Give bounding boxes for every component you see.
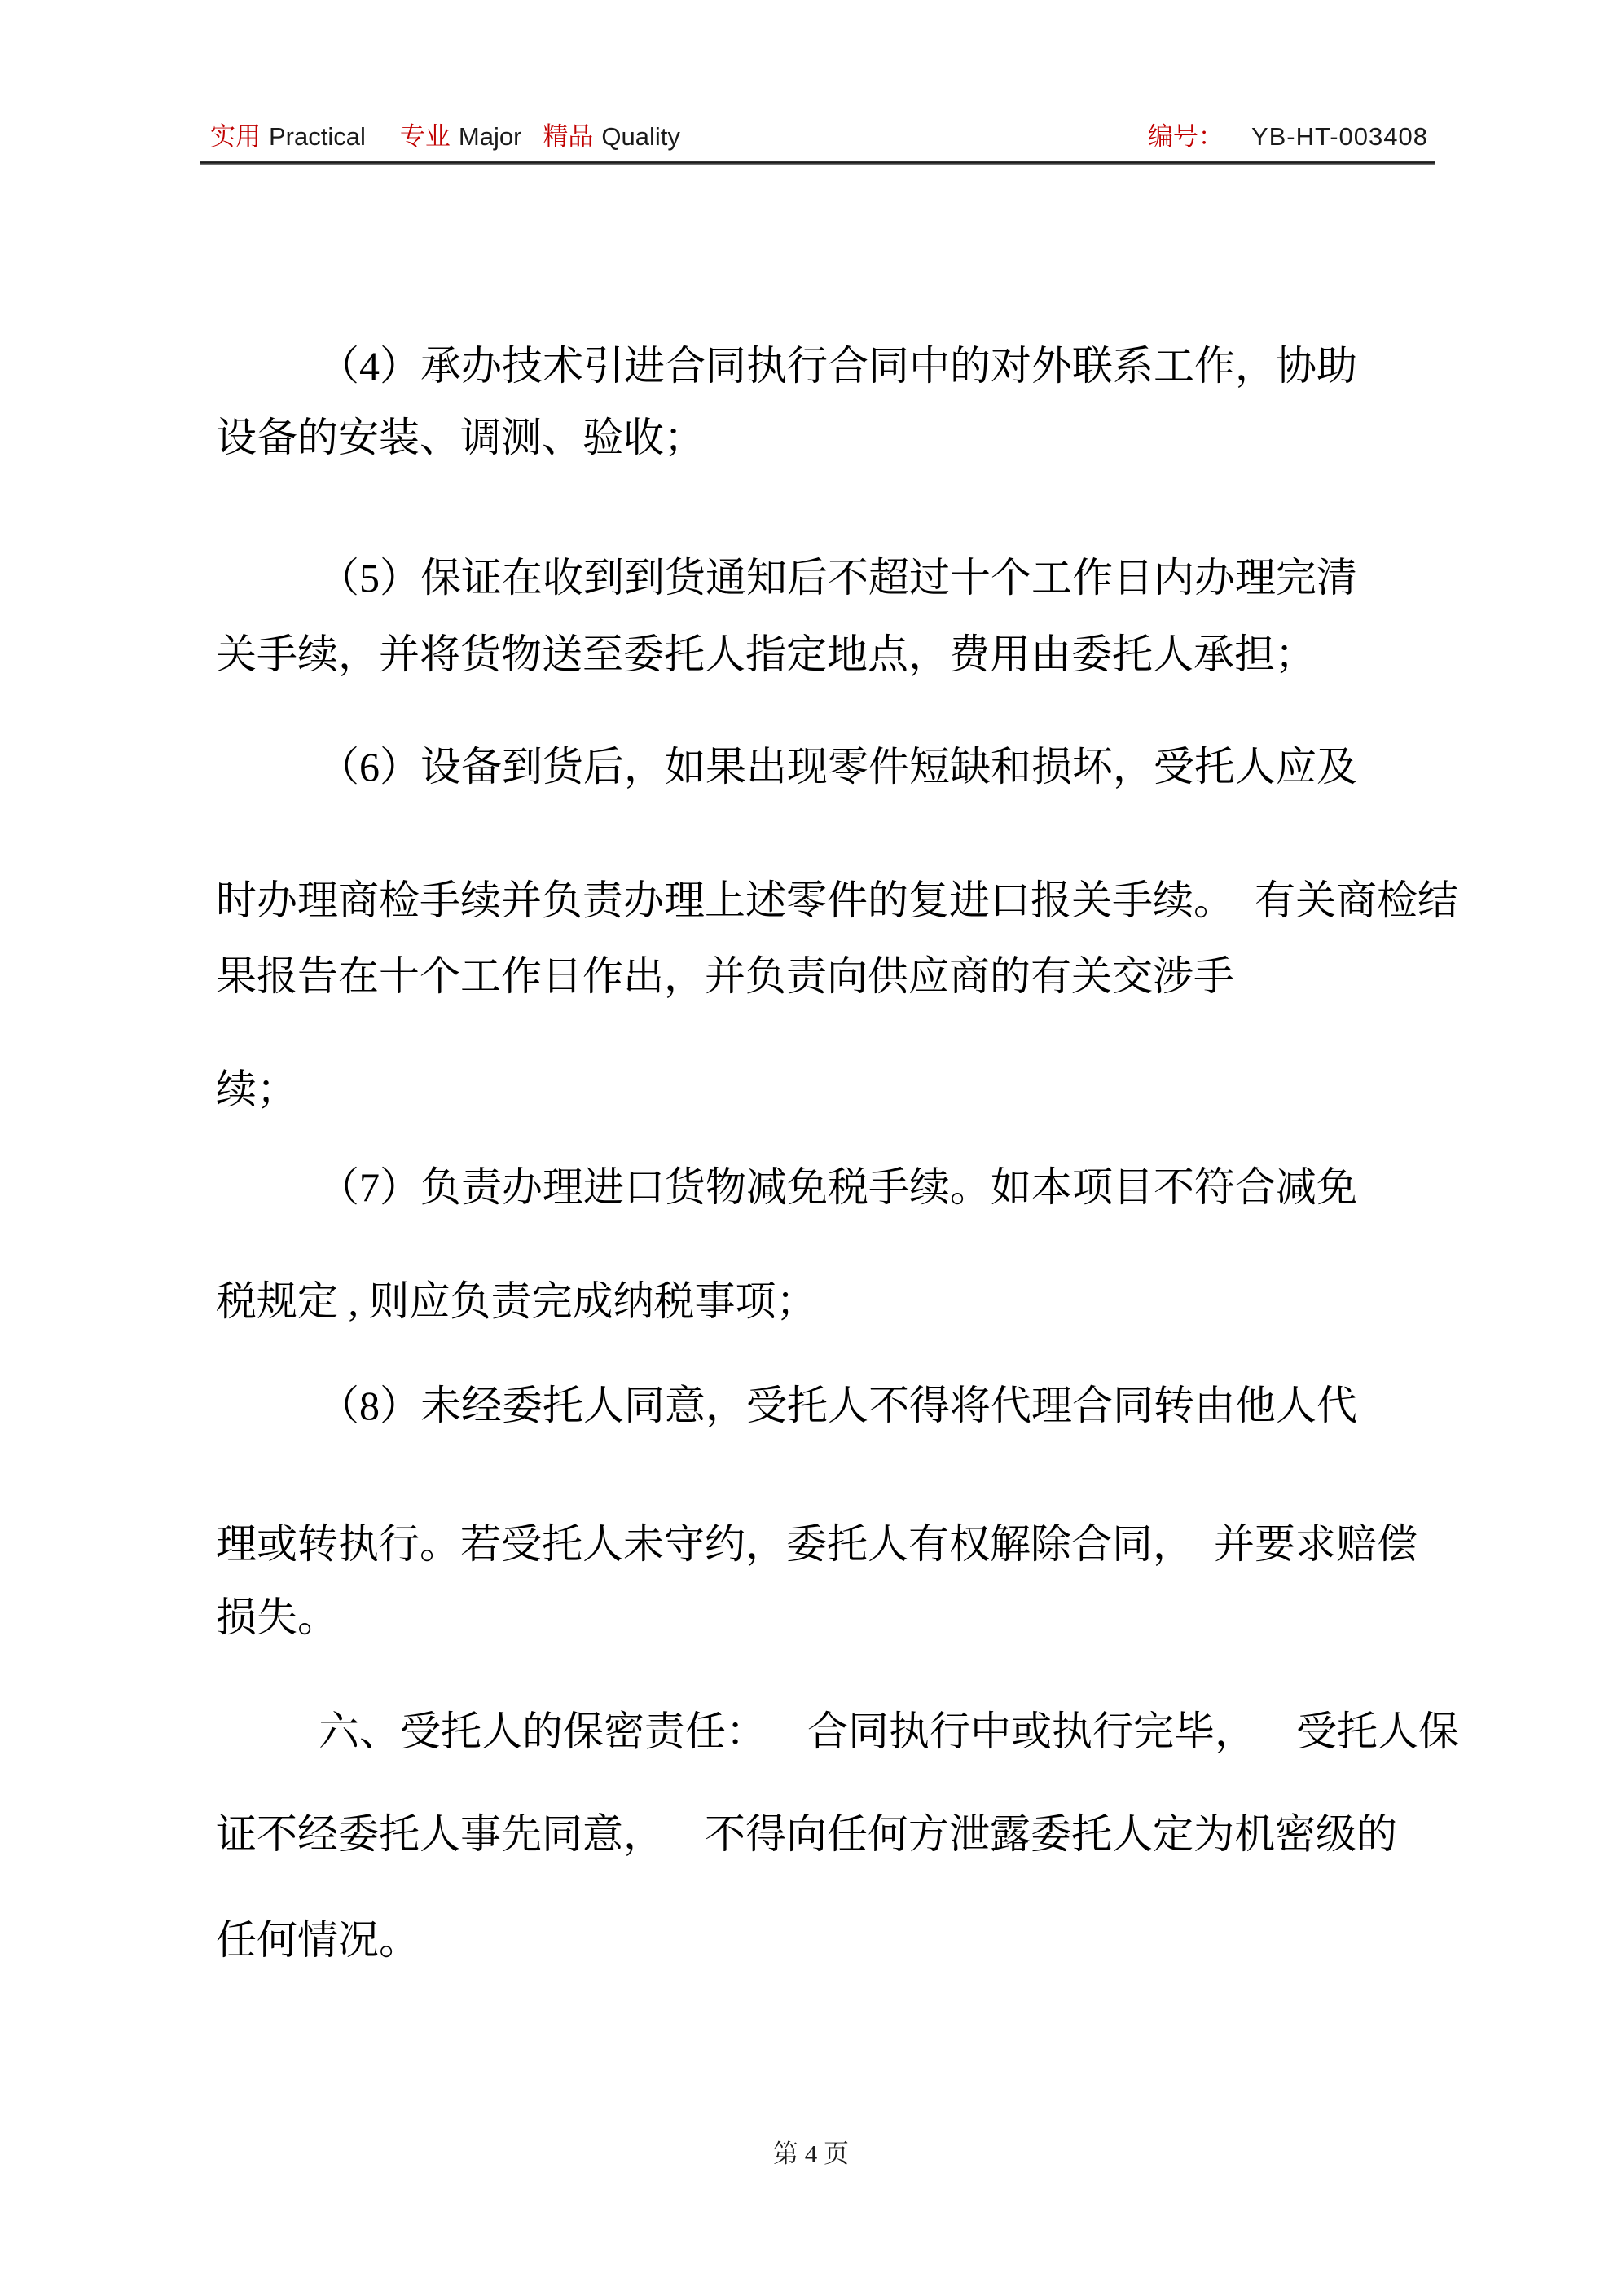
page-number: 第 4 页 [0, 2133, 1622, 2170]
paragraph-6-line-3: 果报告在十个工作日作出，并负责向供应商的有关交涉手 [216, 951, 1234, 1001]
paragraph-7-line-2: 税规定 , 则应负责完成纳税事项； [216, 1276, 817, 1326]
section-6-line-1: 六、受托人的保密责任： 合同执行中或执行完毕， 受托人保 [216, 1706, 1459, 1757]
paragraph-5-line-1: （5）保证在收到到货通知后不超过十个工作日内办理完清 [216, 552, 1357, 603]
section-6-line-2: 证不经委托人事先同意， 不得向任何方泄露委托人定为机密级的 [216, 1809, 1397, 1859]
section-6-line-3: 任何情况。 [216, 1915, 420, 1965]
paragraph-4-line-1: （4）承办技术引进合同执行合同中的对外联系工作，协助 [216, 341, 1357, 391]
contract-body: （4）承办技术引进合同执行合同中的对外联系工作，协助 设备的安装、调测、验收； … [216, 0, 1438, 2296]
paragraph-8-line-2: 理或转执行。若受托人未守约，委托人有权解除合同， 并要求赔偿 [216, 1519, 1418, 1569]
paragraph-4-line-2: 设备的安装、调测、验收； [216, 412, 705, 463]
paragraph-6-line-4: 续； [216, 1064, 297, 1115]
paragraph-6-line-1: （6）设备到货后，如果出现零件短缺和损坏，受托人应及 [216, 741, 1357, 792]
paragraph-5-line-2: 关手续，并将货物送至委托人指定地点，费用由委托人承担； [216, 629, 1316, 680]
paragraph-7-line-1: （7）负责办理进口货物减免税手续。如本项目不符合减免 [216, 1162, 1357, 1212]
paragraph-8-line-1: （8）未经委托人同意，受托人不得将代理合同转由他人代 [216, 1380, 1357, 1431]
paragraph-8-line-3: 损失。 [216, 1592, 338, 1643]
paragraph-6-line-2: 时办理商检手续并负责办理上述零件的复进口报关手续。 有关商检结 [216, 875, 1458, 926]
document-page: 实用 Practical 专业 Major 精品 Quality 编号： YB-… [0, 0, 1622, 2296]
